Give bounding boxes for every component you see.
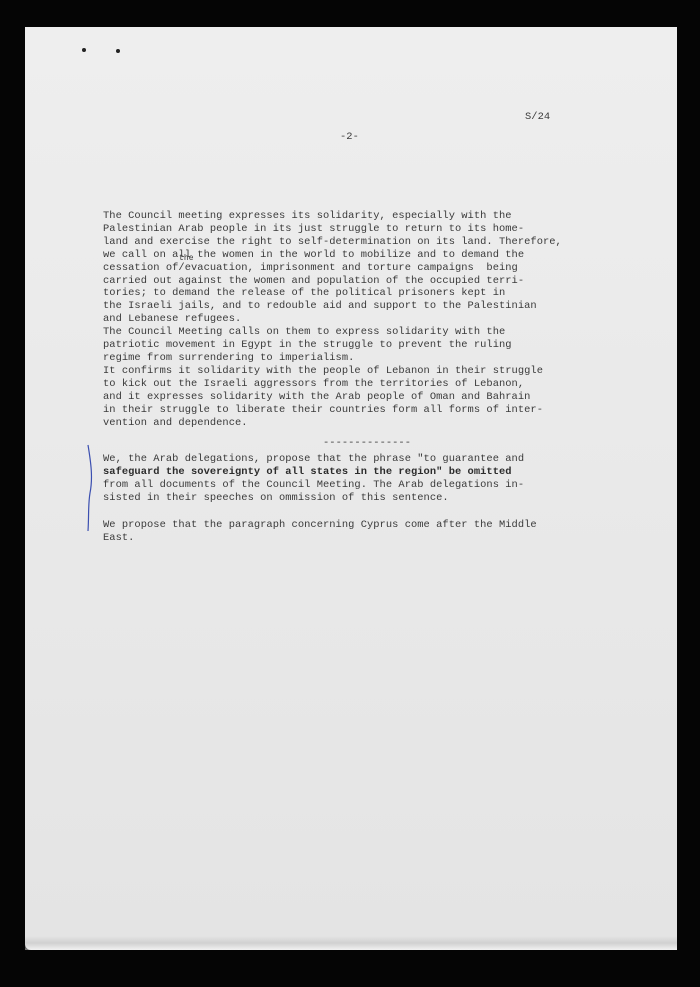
text-line: The Council Meeting calls on them to exp…	[103, 326, 562, 339]
margin-pen-mark	[85, 443, 99, 533]
text-line: and Lebanese refugees.	[103, 313, 562, 326]
text-line: cessation of/evacuation, imprisonment an…	[103, 262, 562, 275]
staple-hole	[116, 49, 120, 53]
text-line: land and exercise the right to self-dete…	[103, 236, 562, 249]
text-line: in their struggle to liberate their coun…	[103, 404, 562, 417]
text-line: vention and dependence.	[103, 417, 562, 430]
document-page: S/24 -2- The Council meeting expresses i…	[25, 27, 677, 950]
text-line: safeguard the sovereignty of all states …	[103, 466, 524, 479]
text-line: The Council meeting expresses its solida…	[103, 210, 562, 223]
paragraph-arab-delegations: We, the Arab delegations, propose that t…	[103, 453, 524, 505]
text-line: tories; to demand the release of the pol…	[103, 287, 562, 300]
text-line: regime from surrendering to imperialism.	[103, 352, 562, 365]
text-line: the Israeli jails, and to redouble aid a…	[103, 300, 562, 313]
interlinear-insert: the	[179, 254, 194, 263]
paragraph-cyprus: We propose that the paragraph concerning…	[103, 519, 537, 545]
text-line: from all documents of the Council Meetin…	[103, 479, 524, 492]
text-line: We, the Arab delegations, propose that t…	[103, 453, 524, 466]
text-line: sisted in their speeches on ommission of…	[103, 492, 524, 505]
text-line: Palestinian Arab people in its just stru…	[103, 223, 562, 236]
page-number: -2-	[340, 131, 359, 143]
document-reference: S/24	[525, 111, 550, 123]
text-line: East.	[103, 532, 537, 545]
text-line: It confirms it solidarity with the peopl…	[103, 365, 562, 378]
text-line: We propose that the paragraph concerning…	[103, 519, 537, 532]
staple-hole	[82, 48, 86, 52]
text-line: carried out against the women and popula…	[103, 275, 562, 288]
paragraph-solidarity: The Council meeting expresses its solida…	[103, 210, 562, 429]
text-line: and it expresses solidarity with the Ara…	[103, 391, 562, 404]
separator-line: --------------	[323, 437, 411, 449]
text-line: to kick out the Israeli aggressors from …	[103, 378, 562, 391]
text-line: patriotic movement in Egypt in the strug…	[103, 339, 562, 352]
text-line: we call on all the women in the world to…	[103, 249, 562, 262]
